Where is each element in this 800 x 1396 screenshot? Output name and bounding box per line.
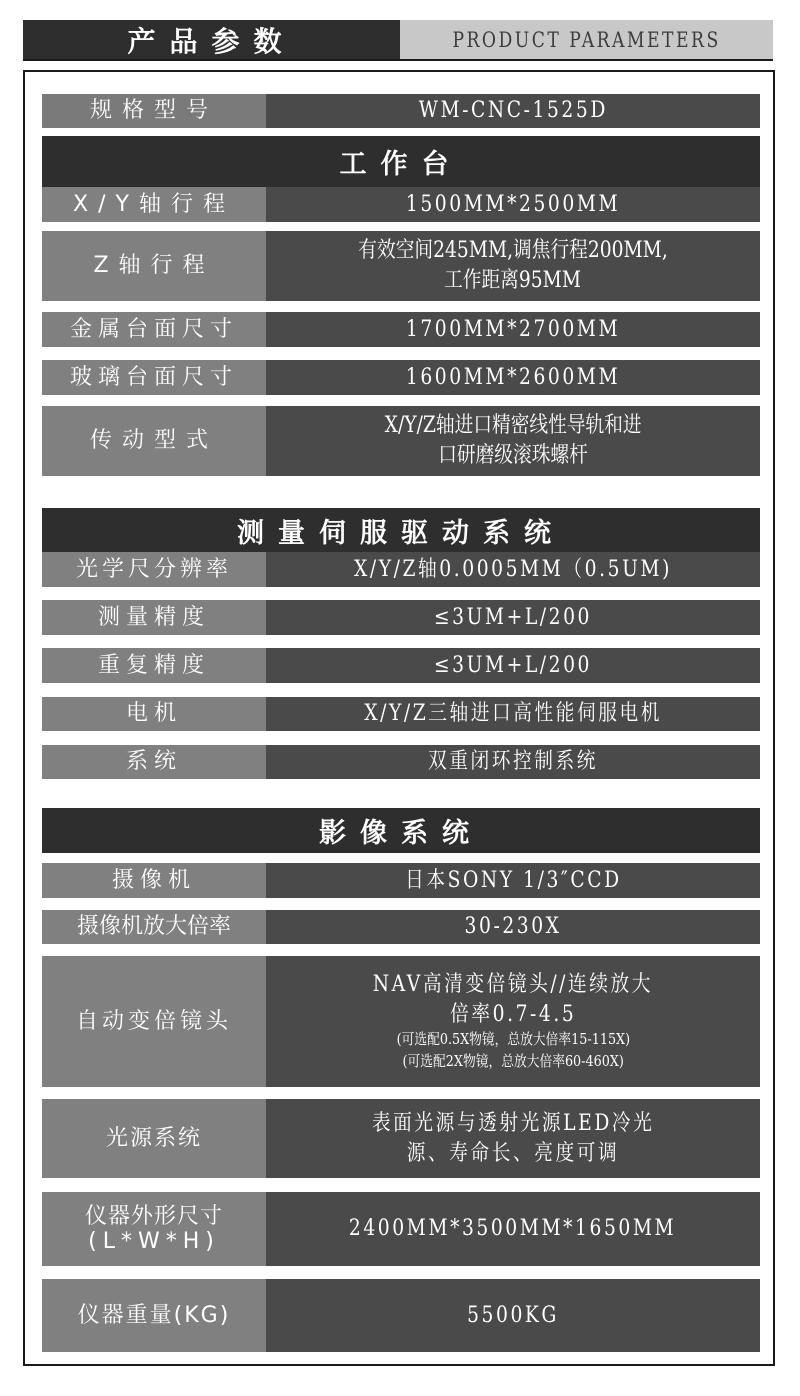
row-value: X/Y/Z轴进口精密线性导轨和进 口研磨级滚珠螺杆 (266, 406, 760, 476)
header-title-cn: 产品参数 (23, 20, 400, 60)
table-row: 金属台面尺寸 1700MM*2700MM (42, 312, 760, 347)
row-value: 双重闭环控制系统 (266, 745, 760, 779)
row-value-line: X/Y/Z三轴进口高性能伺服电机 (364, 699, 662, 729)
row-label: Z轴行程 (42, 231, 266, 301)
table-row: 电机 X/Y/Z三轴进口高性能伺服电机 (42, 697, 760, 731)
row-value: 1600MM*2600MM (266, 360, 760, 395)
header-title-en: PRODUCT PARAMETERS (400, 20, 773, 60)
header-title-cn-text: 产品参数 (127, 20, 295, 60)
row-value-line: 日本SONY 1/3″CCD (405, 866, 622, 896)
table-row: 摄像机放大倍率 30-230X (42, 910, 760, 944)
table-row: 光学尺分辨率 X/Y/Z轴0.0005MM（0.5UM) (42, 552, 760, 587)
row-value-line: 1500MM*2500MM (406, 190, 620, 220)
row-label: 仪器重量(KG) (42, 1279, 266, 1352)
row-value: 表面光源与透射光源LED冷光 源、寿命长、亮度可调 (266, 1099, 760, 1178)
row-value: X/Y/Z三轴进口高性能伺服电机 (266, 697, 760, 731)
row-value-line: 1700MM*2700MM (406, 315, 620, 345)
row-label: 光源系统 (42, 1099, 266, 1178)
row-value-line: X/Y/Z轴0.0005MM（0.5UM) (354, 555, 672, 585)
row-value: 30-230X (266, 910, 760, 944)
row-label: 摄像机 (42, 863, 266, 898)
row-value-line: 30-230X (465, 912, 562, 942)
table-row: 摄像机 日本SONY 1/3″CCD (42, 863, 760, 898)
row-value-line: 2400MM*3500MM*1650MM (349, 1214, 676, 1244)
row-value-line: 双重闭环控制系统 (428, 747, 598, 777)
row-label: 重复精度 (42, 648, 266, 683)
table-row: 光源系统 表面光源与透射光源LED冷光 源、寿命长、亮度可调 (42, 1099, 760, 1178)
table-row: 仪器外形尺寸 (L*W*H) 2400MM*3500MM*1650MM (42, 1192, 760, 1266)
row-value: 日本SONY 1/3″CCD (266, 863, 760, 898)
spec-row: 规格型号 WM-CNC-1525D (42, 94, 760, 128)
section-title-servo-drive: 测量伺服驱动系统 (42, 508, 760, 552)
row-value-line: 有效空间245MM,调焦行程200MM, (358, 236, 667, 266)
row-value-note: (可选配2X物镜，总放大倍率60-460X) (402, 1051, 623, 1073)
row-value: 1500MM*2500MM (266, 187, 760, 222)
section-title-worktable: 工作台 (42, 136, 760, 187)
row-label: X/Y轴行程 (42, 187, 266, 222)
row-value: 1700MM*2700MM (266, 312, 760, 347)
row-value-line: 口研磨级滚珠螺杆 (438, 441, 588, 471)
row-value: 5500KG (266, 1279, 760, 1352)
row-label: 电机 (42, 697, 266, 731)
table-row: 自动变倍镜头 NAV高清变倍镜头//连续放大 倍率0.7-4.5 (可选配0.5… (42, 956, 760, 1087)
row-value-line: ≤3UM+L/200 (434, 651, 592, 681)
row-value-line: 表面光源与透射光源LED冷光 (372, 1109, 654, 1139)
table-row: 仪器重量(KG) 5500KG (42, 1279, 760, 1352)
row-label: 测量精度 (42, 600, 266, 635)
row-value: 有效空间245MM,调焦行程200MM, 工作距离95MM (266, 231, 760, 301)
header-title-en-text: PRODUCT PARAMETERS (452, 28, 720, 52)
row-value-line: 5500KG (467, 1301, 559, 1331)
row-value-line: X/Y/Z轴进口精密线性导轨和进 (385, 411, 642, 441)
row-value: X/Y/Z轴0.0005MM（0.5UM) (266, 552, 760, 587)
row-label: 传动型式 (42, 406, 266, 476)
row-label: 玻璃台面尺寸 (42, 360, 266, 395)
row-value-line: ≤3UM+L/200 (434, 603, 592, 633)
row-value: ≤3UM+L/200 (266, 648, 760, 683)
row-value: 2400MM*3500MM*1650MM (266, 1192, 760, 1266)
row-value-line: 源、寿命长、亮度可调 (407, 1139, 620, 1169)
row-value: ≤3UM+L/200 (266, 600, 760, 635)
table-row: 系统 双重闭环控制系统 (42, 745, 760, 779)
section-title-imaging: 影像系统 (42, 808, 760, 853)
spec-value: WM-CNC-1525D (266, 94, 760, 128)
row-label: 光学尺分辨率 (42, 552, 266, 587)
row-label-line: 仪器外形尺寸 (85, 1204, 223, 1229)
row-label: 自动变倍镜头 (42, 956, 266, 1087)
table-row: X/Y轴行程 1500MM*2500MM (42, 187, 760, 222)
row-value-line: 工作距离95MM (445, 266, 582, 296)
row-label: 摄像机放大倍率 (42, 910, 266, 944)
spec-value-text: WM-CNC-1525D (418, 96, 607, 126)
row-value-line: 倍率0.7-4.5 (450, 1000, 576, 1030)
table-row: Z轴行程 有效空间245MM,调焦行程200MM, 工作距离95MM (42, 231, 760, 301)
row-label-line: (L*W*H) (88, 1229, 220, 1254)
table-row: 测量精度 ≤3UM+L/200 (42, 600, 760, 635)
row-value: NAV高清变倍镜头//连续放大 倍率0.7-4.5 (可选配0.5X物镜，总放大… (266, 956, 760, 1087)
row-label: 系统 (42, 745, 266, 779)
table-row: 玻璃台面尺寸 1600MM*2600MM (42, 360, 760, 395)
row-value-note: (可选配0.5X物镜，总放大倍率15-115X) (396, 1029, 630, 1051)
row-value-line: 1600MM*2600MM (406, 363, 620, 393)
table-row: 重复精度 ≤3UM+L/200 (42, 648, 760, 683)
row-value-line: NAV高清变倍镜头//连续放大 (373, 970, 653, 1000)
spec-label: 规格型号 (42, 94, 266, 128)
header-divider (23, 59, 773, 61)
row-label: 金属台面尺寸 (42, 312, 266, 347)
row-label: 仪器外形尺寸 (L*W*H) (42, 1192, 266, 1266)
table-row: 传动型式 X/Y/Z轴进口精密线性导轨和进 口研磨级滚珠螺杆 (42, 406, 760, 476)
